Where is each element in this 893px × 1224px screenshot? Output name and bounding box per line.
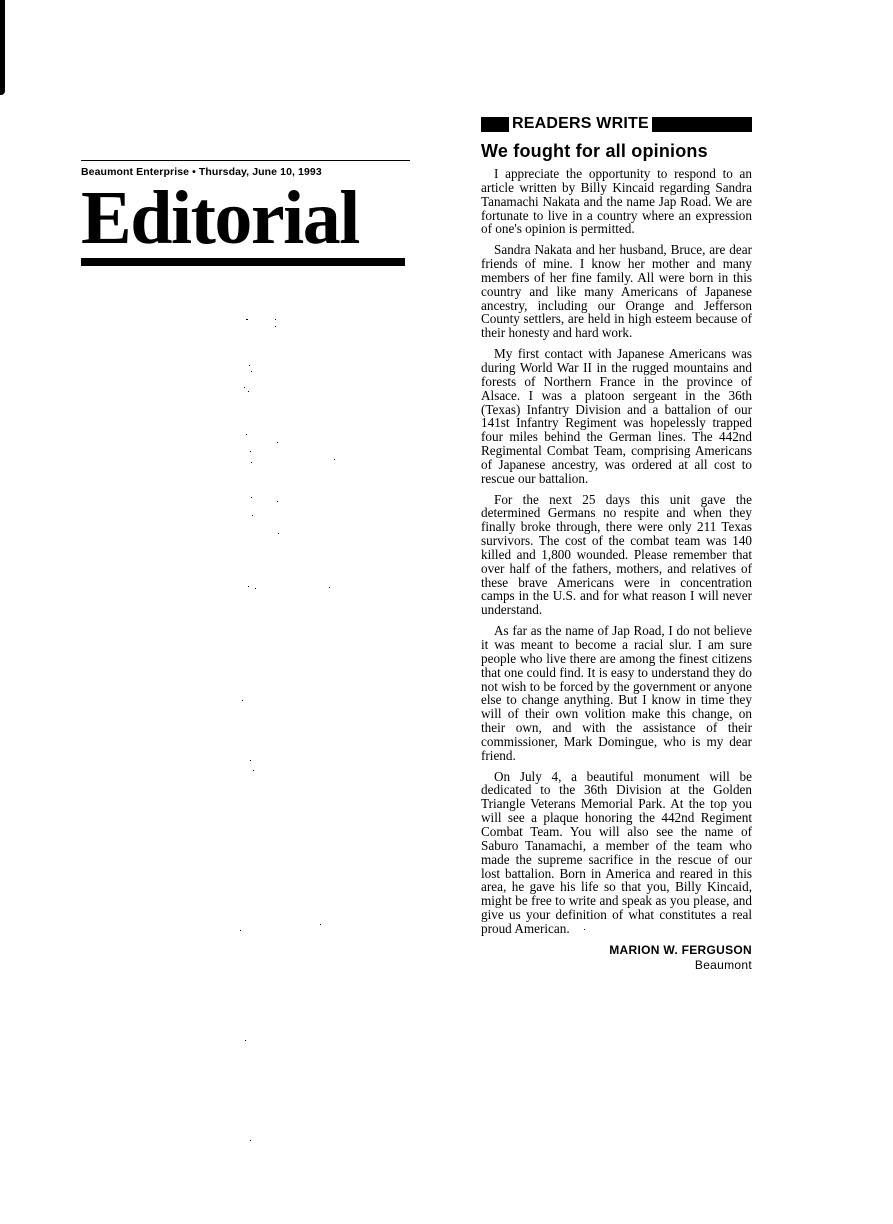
header-bar-left [481,117,509,132]
letter-paragraph: My first contact with Japanese Americans… [481,347,752,485]
letter-paragraph: I appreciate the opportunity to re­spond… [481,167,752,236]
section-title: Editorial [81,180,410,256]
letter-paragraph: On July 4, a beautiful monument will be … [481,770,752,936]
letter-paragraph: As far as the name of Jap Road, I do not… [481,624,752,762]
column-label: READERS WRITE [509,115,652,133]
masthead-top-rule [81,160,410,161]
scan-edge-mark [0,0,5,95]
letter-paragraph: For the next 25 days this unit gave the … [481,493,752,618]
letter-paragraph: Sandra Nakata and her husband, Bruce, ar… [481,243,752,340]
letter-headline: We fought for all opinions [481,141,752,162]
editorial-masthead: Beaumont Enterprise • Thursday, June 10,… [81,160,410,266]
header-bar-right [652,117,752,132]
readers-write-letter: READERS WRITE We fought for all opinions… [481,115,752,972]
author-location: Beaumont [481,958,752,972]
column-header: READERS WRITE [481,115,752,133]
author-name: MARION W. FERGUSON [481,943,752,957]
letter-body: I appreciate the opportunity to re­spond… [481,167,752,936]
